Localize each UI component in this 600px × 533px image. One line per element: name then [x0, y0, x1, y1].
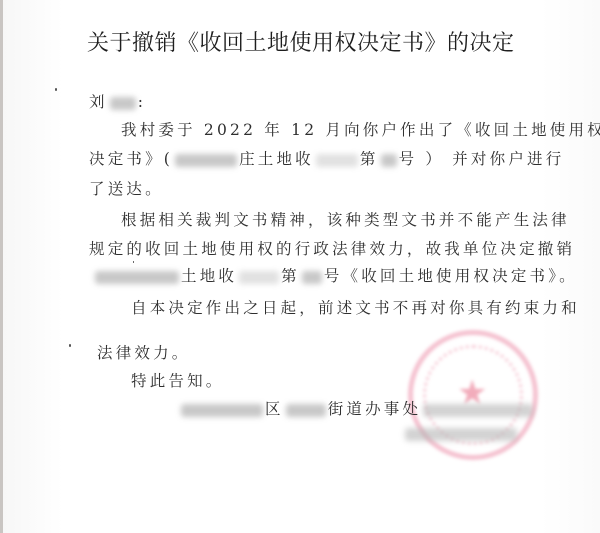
- para1-line2: 决定书》(庄土地收第号 ） 并对你户进行: [89, 147, 564, 169]
- redacted-village: [175, 154, 237, 167]
- signature-district: 区: [265, 400, 284, 418]
- signature-line2: [403, 424, 519, 442]
- para1-line2-mid1: 庄土地收: [239, 150, 314, 168]
- para2-line2: 规定的收回土地使用权的行政法律效力，故我单位决定撤销: [89, 237, 575, 259]
- signature-office: 街道办事处: [328, 400, 422, 418]
- document-title: 关于撤销《收回土地使用权决定书》的决定: [87, 26, 515, 57]
- para2-line3-mid2: 第: [281, 267, 300, 285]
- para1-line2-mid2: 第: [360, 150, 379, 168]
- para2-line3: 土地收第号《收回土地使用权决定书》。: [93, 264, 578, 286]
- document-page: 关于撤销《收回土地使用权决定书》的决定 刘: 我村委于 2022 年 12 月向…: [3, 0, 600, 533]
- redacted-city: [181, 404, 263, 417]
- redacted-number-2: [302, 271, 322, 284]
- para3-line1: 自本决定作出之日起，前述文书不再对你具有约束力和: [131, 296, 580, 318]
- para2-line3-suffix: 号《收回土地使用权决定书》。: [324, 267, 578, 285]
- para2-line1: 根据相关裁判文书精神，该种类型文书并不能产生法律: [121, 208, 570, 230]
- para3-line2: 法律效力。: [97, 341, 191, 363]
- salutation-colon: :: [138, 93, 146, 111]
- redacted-committee: [423, 404, 533, 417]
- redacted-year-2: [239, 271, 279, 284]
- redacted-committee-2: [405, 428, 517, 441]
- closing-text: 特此告知。: [131, 369, 225, 391]
- redacted-village-2: [95, 271, 179, 284]
- redacted-street: [286, 404, 326, 417]
- para2-line3-mid1: 土地收: [181, 267, 237, 285]
- para1-line2-prefix: 决定书》(: [89, 150, 173, 168]
- redacted-name: [110, 97, 136, 110]
- salutation-surname: 刘: [89, 93, 108, 111]
- para1-line1: 我村委于 2022 年 12 月向你户作出了《收回土地使用权: [121, 118, 600, 140]
- para1-line3: 了送达。: [89, 177, 164, 199]
- para1-line2-suffix: 号 ） 并对你户进行: [399, 150, 565, 168]
- salutation: 刘:: [89, 90, 146, 112]
- scan-speck: [69, 344, 71, 347]
- scan-speck: [55, 88, 57, 91]
- redacted-number: [381, 154, 397, 167]
- scan-speck: [133, 261, 134, 263]
- signature-line1: 区街道办事处: [179, 397, 535, 419]
- redacted-year: [316, 154, 358, 167]
